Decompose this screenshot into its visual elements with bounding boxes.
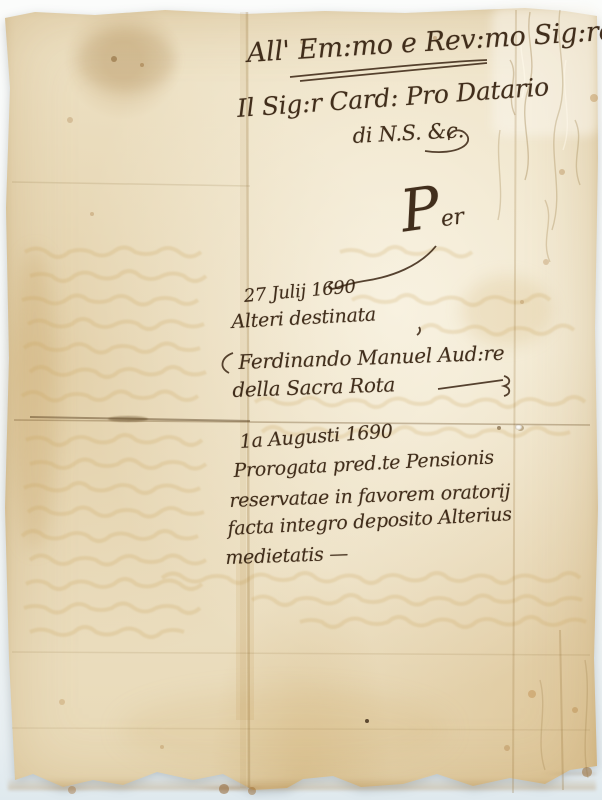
paper-fiber-speck [515,424,522,430]
paper-sheet [5,8,598,792]
scanned-letter [0,0,602,800]
docket-note-line-4: medietatis — [225,543,348,569]
per-flourish-word: Per [398,183,465,237]
